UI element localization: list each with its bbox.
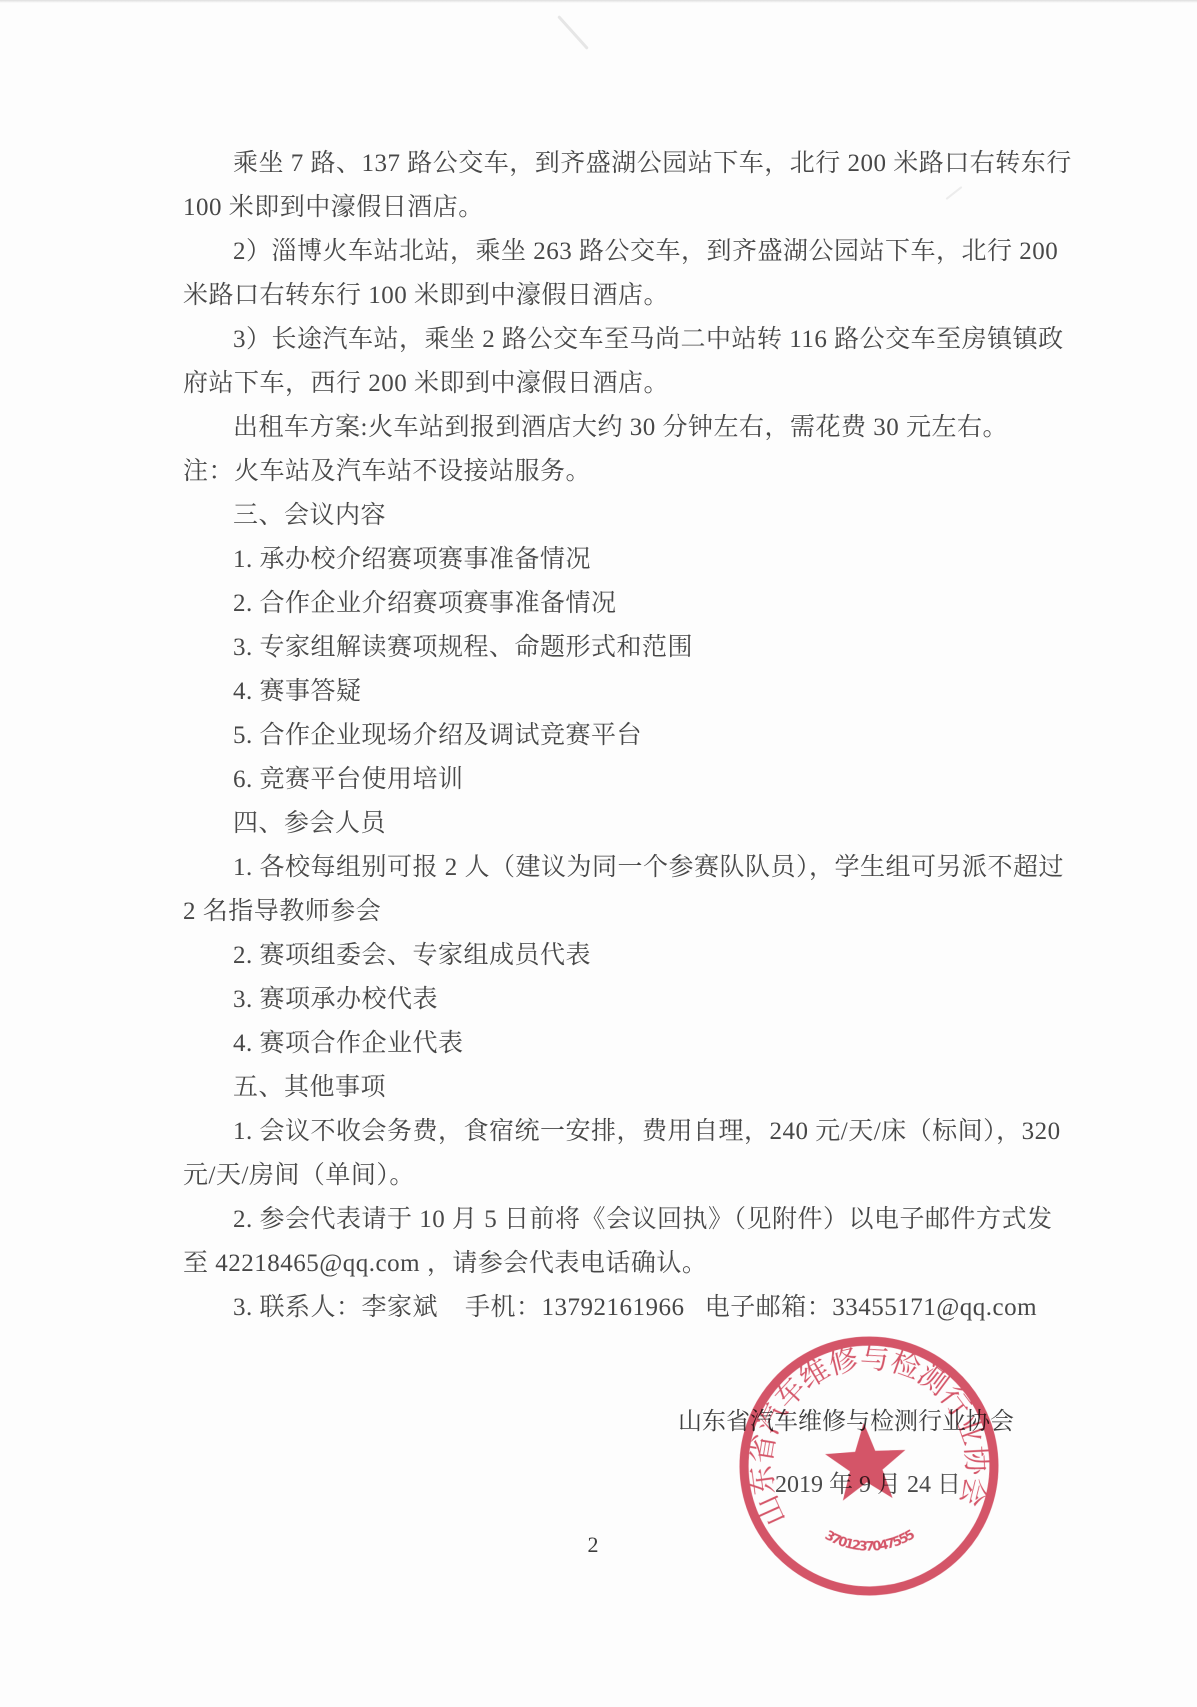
seal-serial-wrap: 3701237047555 [821,1524,918,1558]
text-line: 3. 专家组解读赛项规程、命题形式和范围 [183,626,1083,670]
text-line: 五、其他事项 [183,1066,1083,1110]
text-line: 三、会议内容 [183,494,1083,538]
text-line: 四、参会人员 [183,802,1083,846]
text-line: 米路口右转东行 100 米即到中濠假日酒店。 [183,274,1083,318]
text-line: 5. 合作企业现场介绍及调试竞赛平台 [183,714,1083,758]
text-line: 2. 合作企业介绍赛项赛事准备情况 [183,582,1083,626]
text-line: 3）长途汽车站，乘坐 2 路公交车至马尚二中站转 116 路公交车至房镇镇政 [183,318,1083,362]
text-line: 2. 赛项组委会、专家组成员代表 [183,934,1083,978]
official-seal-stamp: 山东省汽车维修与检测行业协会 3701237047555 [731,1328,1006,1603]
seal-serial-number: 3701237047555 [821,1524,918,1558]
text-line: 100 米即到中濠假日酒店。 [183,186,1083,230]
page-number: 2 [575,1532,611,1558]
text-line: 乘坐 7 路、137 路公交车，到齐盛湖公园站下车，北行 200 米路口右转东行 [183,142,1083,186]
scanned-document-page: 乘坐 7 路、137 路公交车，到齐盛湖公园站下车，北行 200 米路口右转东行… [0,0,1197,1707]
text-line: 府站下车，西行 200 米即到中濠假日酒店。 [183,362,1083,406]
seal-graphic: 山东省汽车维修与检测行业协会 3701237047555 [731,1328,1006,1603]
text-line: 2 名指导教师参会 [183,890,1083,934]
text-line: 4. 赛事答疑 [183,670,1083,714]
text-line: 1. 承办校介绍赛项赛事准备情况 [183,538,1083,582]
text-line: 出租车方案:火车站到报到酒店大约 30 分钟左右，需花费 30 元左右。 [183,406,1083,450]
text-line: 2）淄博火车站北站，乘坐 263 路公交车，到齐盛湖公园站下车，北行 200 [183,230,1083,274]
text-line: 2. 参会代表请于 10 月 5 日前将《会议回执》（见附件）以电子邮件方式发 [183,1198,1083,1242]
text-line: 注：火车站及汽车站不设接站服务。 [183,450,1083,494]
text-line: 4. 赛项合作企业代表 [183,1022,1083,1066]
red-star-icon [824,1421,908,1502]
text-line: 6. 竞赛平台使用培训 [183,758,1083,802]
scan-artifact [557,15,589,50]
text-line: 3. 联系人：李家斌 手机：13792161966 电子邮箱：33455171@… [183,1286,1083,1330]
text-line: 元/天/房间（单间）。 [183,1154,1083,1198]
text-line: 3. 赛项承办校代表 [183,978,1083,1022]
text-line: 至 42218465@qq.com ，请参会代表电话确认。 [183,1242,1083,1286]
text-line: 1. 各校每组别可报 2 人（建议为同一个参赛队队员），学生组可另派不超过 [183,846,1083,890]
text-line: 1. 会议不收会务费，食宿统一安排，费用自理，240 元/天/床（标间），320 [183,1110,1083,1154]
document-body: 乘坐 7 路、137 路公交车，到齐盛湖公园站下车，北行 200 米路口右转东行… [183,142,1083,1330]
